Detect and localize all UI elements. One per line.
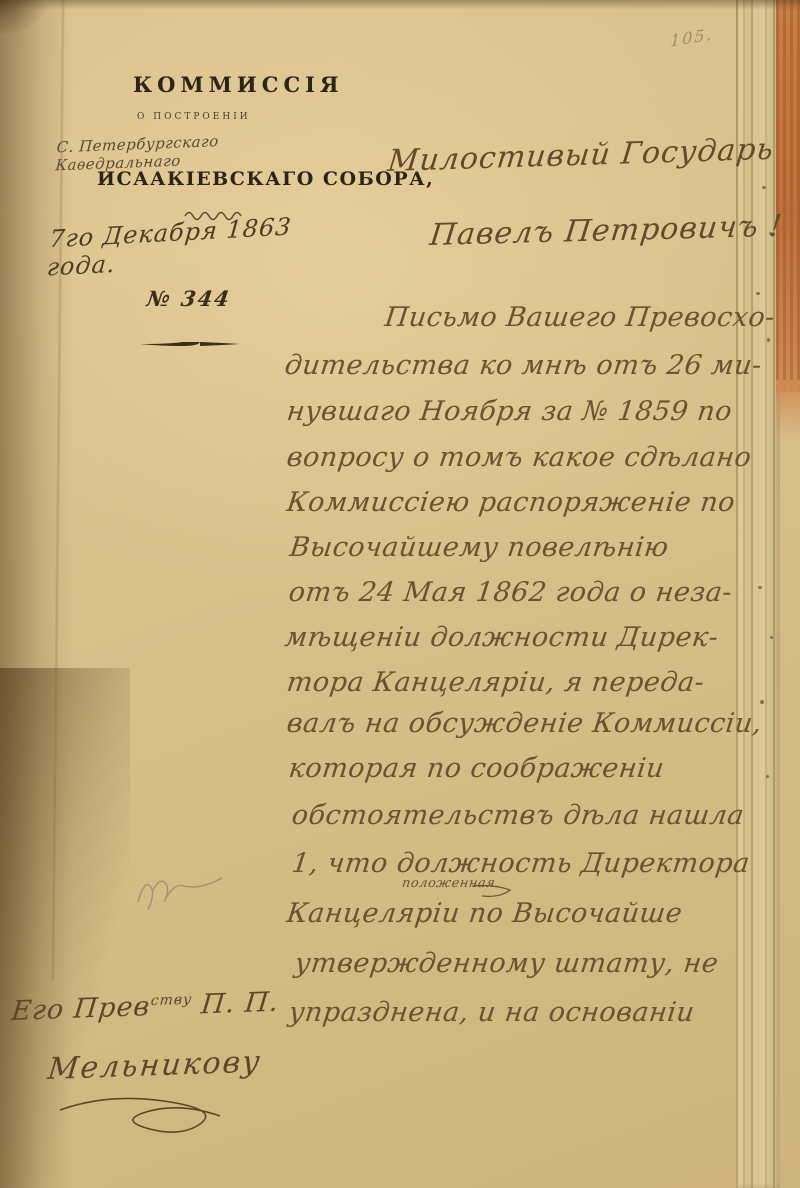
edge-speck [756,292,760,295]
letterhead-cathedral-title: ИСААКІЕВСКАГО СОБОРА, [97,168,434,190]
body-line: валъ на обсужденіе Коммиссіи, [285,708,764,739]
body-line: Высочайшему повелѣнію [288,532,671,563]
body-line: отъ 24 Мая 1862 года о неза- [287,577,734,608]
edge-speck [766,775,769,778]
pencil-paraph [130,852,240,922]
document-number: № 344 [145,286,232,311]
edge-speck [762,186,766,189]
address-line-2: Мельникову [46,1044,263,1087]
body-line: Канцеляріи по Высочайше [285,898,684,929]
swelled-rule-divider [140,338,240,350]
salutation-line-2: Павелъ Петровичъ ! [428,209,784,253]
scanned-document-page: 105. КОММИССІЯ О ПОСТРОЕНІИ С. Петербург… [0,0,800,1188]
insertion-caret-stroke [470,882,516,902]
page-edge-boundary [736,0,738,1188]
body-line: Коммиссіею распоряженіе по [285,487,737,518]
letterhead-subtitle: О ПОСТРОЕНІИ [137,112,251,122]
body-line: утвержденному штату, не [293,948,720,979]
body-line: тора Канцеляріи, я переда- [285,667,706,698]
body-line: обстоятельствъ дѣла нашла [290,800,746,831]
page-edge-stack [738,0,780,1188]
body-line: упразднена, и на основаніи [287,997,696,1028]
address-line-1-pre: Его Прев [10,991,152,1027]
body-line: 1, что должность Директора [290,848,752,879]
body-line: нувшаго Ноября за № 1859 по [285,396,734,427]
folio-number: 105. [670,24,713,50]
salutation-line-1: Милостивый Государь [386,132,776,179]
edge-speck [770,636,773,639]
address-line-1-post: П. П. [190,987,281,1021]
letterhead-date: 7го Декабря 1863 года. [46,211,331,282]
top-left-corner-shadow [0,0,46,34]
signature-flourish [50,1090,260,1145]
body-line: дительства ко мнѣ отъ 26 ми- [283,350,764,381]
book-cover-fade [776,380,800,440]
body-line: вопросу о томъ какое сдѣлано [285,442,753,473]
edge-speck [767,338,770,342]
address-line-1-sup: ству [150,992,193,1010]
letterhead-commission-title: КОММИССІЯ [133,72,344,97]
body-line: мѣщеніи должности Дирек- [283,622,720,653]
edge-speck [758,586,762,589]
body-line: Письмо Вашего Превосхо- [383,302,777,333]
book-cover-edge [776,0,800,392]
top-shadow [0,0,800,10]
body-line: которая по соображеніи [287,753,666,784]
edge-speck [760,700,764,704]
